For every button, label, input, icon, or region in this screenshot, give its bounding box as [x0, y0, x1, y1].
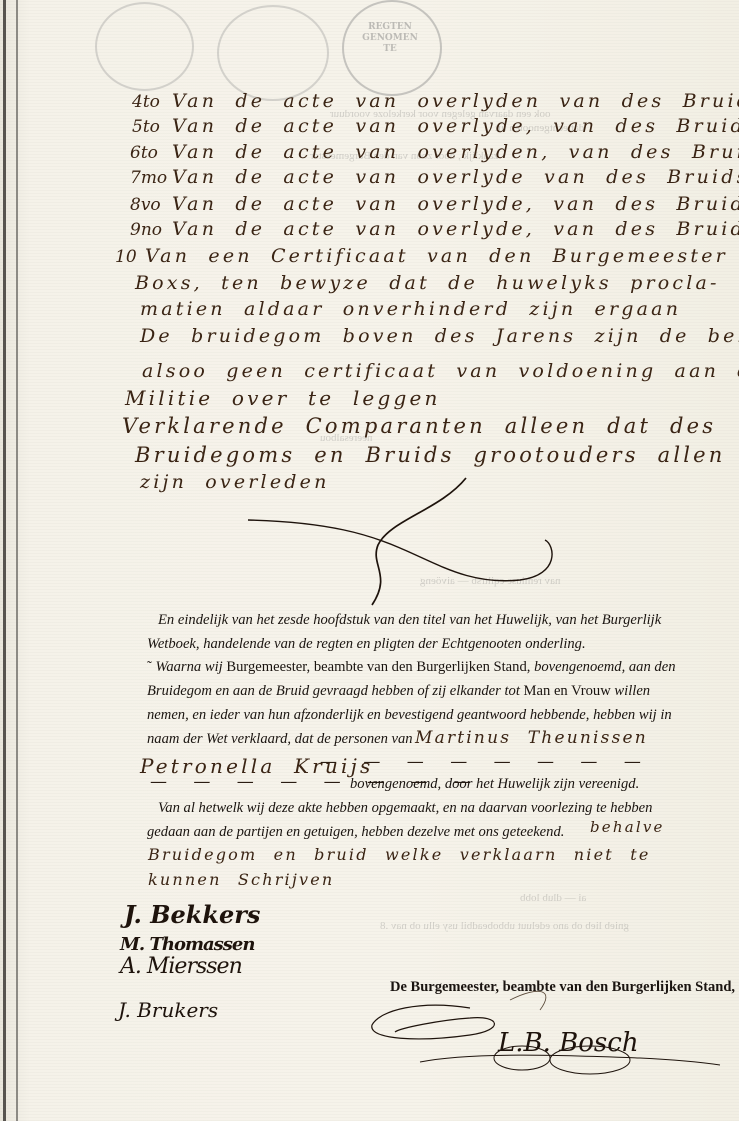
mayor-signature: L.B. Bosch [498, 1028, 639, 1058]
mayor-signature-flourish [0, 0, 739, 1121]
document-page: REGTEN GENOMEN TE ook een daarvan gelege… [0, 0, 739, 1121]
